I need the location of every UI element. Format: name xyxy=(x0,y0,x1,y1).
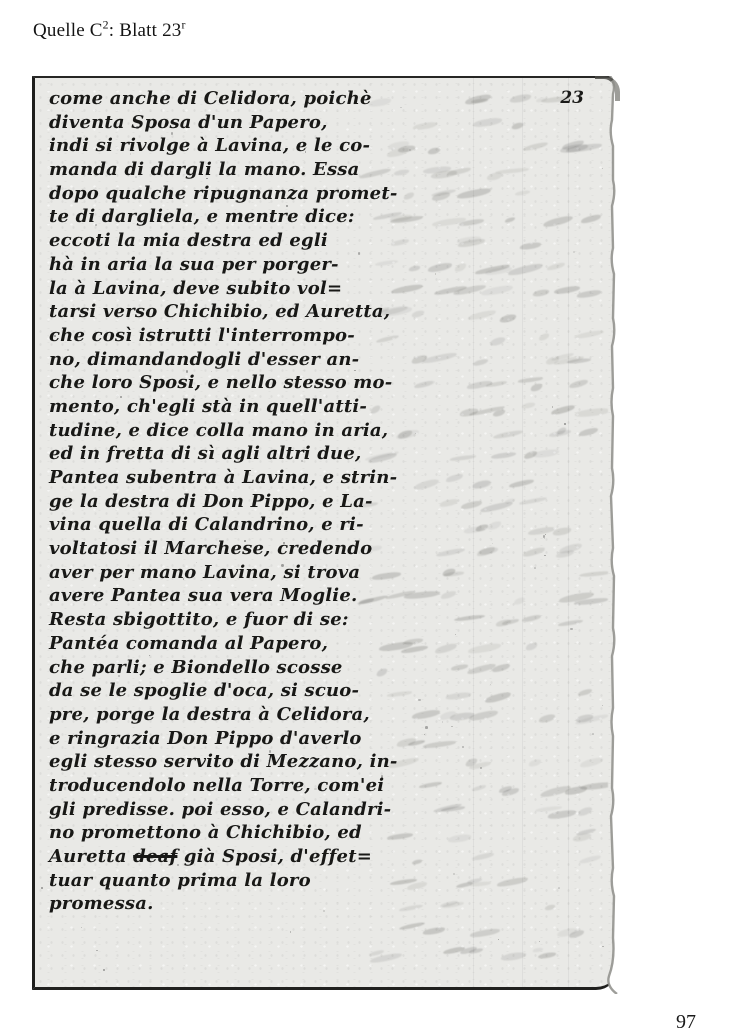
manuscript-line: ge la destra di Don Pippo, e La- xyxy=(49,490,389,514)
manuscript-line: tudine, e dice colla mano in aria, xyxy=(49,419,389,443)
manuscript-line: pre, porge la destra à Celidora, xyxy=(49,703,389,727)
paper-speck xyxy=(558,887,559,888)
manuscript-line: Pantea subentra à Lavina, e strin- xyxy=(49,466,389,490)
paper-speck xyxy=(534,567,536,569)
paper-speck xyxy=(453,873,455,875)
paper-speck xyxy=(96,950,97,951)
paper-speck xyxy=(81,927,82,928)
manuscript-line: gli predisse. poi esso, e Calandri- xyxy=(49,798,389,822)
manuscript-line: che così istrutti l'interrompo- xyxy=(49,324,389,348)
paper-speck xyxy=(41,887,43,889)
paper-speck xyxy=(462,746,464,748)
manuscript-line: no, dimandandogli d'esser an- xyxy=(49,348,389,372)
paper-speck xyxy=(564,423,566,425)
manuscript-line: indi si rivolge à Lavina, e le co- xyxy=(49,134,389,158)
deckle-edge xyxy=(601,76,623,994)
manuscript-line: come anche di Celidora, poichè xyxy=(49,87,389,111)
manuscript-line: Resta sbigottito, e fuor di se: xyxy=(49,608,389,632)
paper-speck xyxy=(539,941,540,942)
paper-speck xyxy=(490,684,491,685)
paper-speck xyxy=(492,543,493,544)
page-number: 97 xyxy=(676,1011,696,1030)
paper-speck xyxy=(543,535,545,537)
manuscript-line: vina quella di Calandrino, e ri- xyxy=(49,513,389,537)
manuscript-line: Auretta deaf già Sposi, d'effet= xyxy=(49,845,389,869)
manuscript-line: la à Lavina, deve subito vol= xyxy=(49,277,389,301)
paper-speck xyxy=(455,634,456,635)
paper-speck xyxy=(480,767,482,769)
paper-speck xyxy=(552,406,553,407)
manuscript-scan: come anche di Celidora, poichèdiventa Sp… xyxy=(32,76,618,990)
manuscript-line: che parli; e Biondello scosse xyxy=(49,656,389,680)
manuscript-line: promessa. xyxy=(49,892,389,916)
paper-speck xyxy=(498,939,499,940)
caption-superscript-r: r xyxy=(182,19,186,32)
paper-speck xyxy=(400,107,401,108)
paper-speck xyxy=(544,555,545,556)
manuscript-line: egli stesso servito di Mezzano, in- xyxy=(49,750,389,774)
paper-speck xyxy=(418,699,421,702)
paper-speck xyxy=(103,969,105,971)
manuscript-line: eccoti la mia destra ed egli xyxy=(49,229,389,253)
manuscript-line: mento, ch'egli stà in quell'atti- xyxy=(49,395,389,419)
manuscript-line: avere Pantea sua vera Moglie. xyxy=(49,584,389,608)
manuscript-line: aver per mano Lavina, si trova xyxy=(49,561,389,585)
paper-speck xyxy=(573,921,574,922)
paper-speck xyxy=(435,273,436,274)
paper-speck xyxy=(424,734,425,735)
paper-speck xyxy=(592,733,594,735)
caption-pre: Quelle C xyxy=(33,20,103,41)
paper-speck xyxy=(451,726,452,727)
manuscript-line: troducendolo nella Torre, com'ei xyxy=(49,774,389,798)
book-page: Quelle C2: Blatt 23r come anche di Celid… xyxy=(0,0,735,1030)
source-caption: Quelle C2: Blatt 23r xyxy=(33,20,186,42)
manuscript-line: da se le spoglie d'oca, si scuo- xyxy=(49,679,389,703)
manuscript-line: diventa Sposa d'un Papero, xyxy=(49,111,389,135)
manuscript-line: che loro Sposi, e nello stesso mo- xyxy=(49,371,389,395)
paper-speck xyxy=(544,538,545,539)
paper-speck xyxy=(573,251,575,253)
manuscript-line: ed in fretta di sì agli altri due, xyxy=(49,442,389,466)
manuscript-line: no promettono à Chichibio, ed xyxy=(49,821,389,845)
manuscript-text: come anche di Celidora, poichèdiventa Sp… xyxy=(49,87,389,916)
manuscript-line: hà in aria la sua per porger- xyxy=(49,253,389,277)
manuscript-line: voltatosi il Marchese, credendo xyxy=(49,537,389,561)
manuscript-line: Pantéa comanda al Papero, xyxy=(49,632,389,656)
folio-number: 23 xyxy=(560,88,584,108)
paper-speck xyxy=(415,433,416,434)
caption-mid: : Blatt 23 xyxy=(109,20,182,41)
paper-speck xyxy=(425,726,428,729)
manuscript-line: tarsi verso Chichibio, ed Auretta, xyxy=(49,300,389,324)
manuscript-line: tuar quanto prima la loro xyxy=(49,869,389,893)
manuscript-line: te di dargliela, e mentre dice: xyxy=(49,205,389,229)
manuscript-line: manda di dargli la mano. Essa xyxy=(49,158,389,182)
manuscript-line: dopo qualche ripugnanza promet- xyxy=(49,182,389,206)
paper-speck xyxy=(570,628,572,630)
paper-speck xyxy=(442,721,444,723)
paper-speck xyxy=(290,931,291,932)
manuscript-line: e ringrazia Don Pippo d'averlo xyxy=(49,727,389,751)
paper-speck xyxy=(409,149,411,151)
